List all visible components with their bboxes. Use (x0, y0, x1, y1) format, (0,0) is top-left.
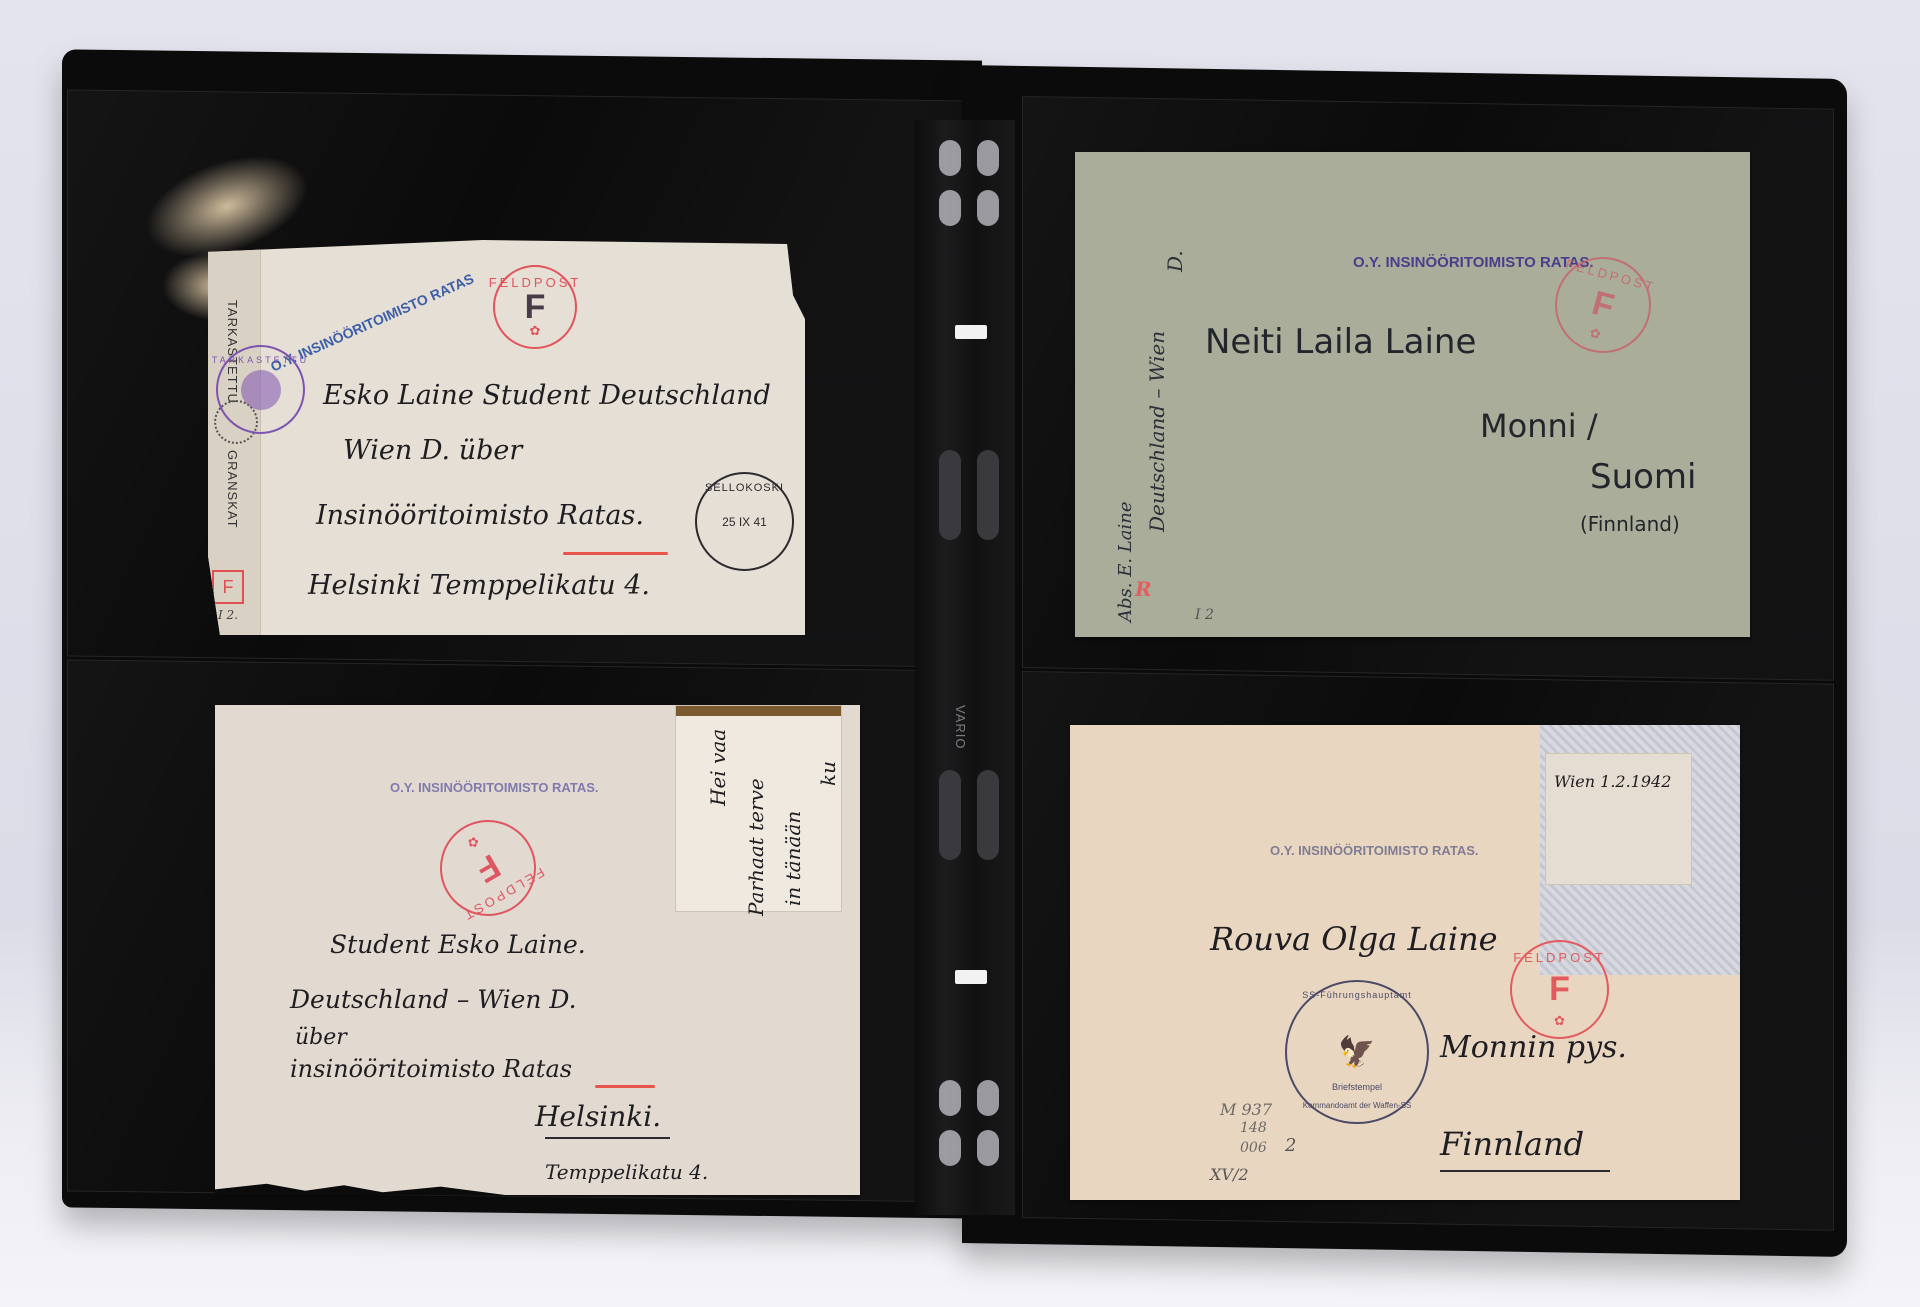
address-line: Monni / (1480, 407, 1598, 445)
letter-insert: Wien 1.2.1942 (1545, 753, 1692, 885)
pencil-note: XV/2 (1210, 1165, 1249, 1184)
return-address: Abs. E. Laine (1115, 502, 1136, 622)
binder-ring-hole-icon (977, 140, 999, 176)
binder-brand-label: VARIO (953, 705, 968, 750)
address-line: Deutschland – Wien D. (290, 985, 577, 1014)
letter-insert: Hei vaa Parhaat terve in tänään ku (675, 705, 842, 912)
address-line: Student Esko Laine. (330, 930, 586, 959)
eagle-seal: SS-Führungshauptamt 🦅 Briefstempel Komma… (1285, 980, 1429, 1124)
address-line: Finnland (1440, 1125, 1584, 1163)
postmark-sellokoski: SELLOKOSKI 25 IX 41 (695, 472, 794, 571)
address-line: Temppelikatu 4. (545, 1160, 708, 1184)
address-line: Wien D. über (343, 435, 522, 466)
address-line: Insinööritoimisto Ratas. (316, 500, 644, 531)
sender-stamp: O.Y. INSINÖÖRITOIMISTO RATAS. (1270, 843, 1479, 858)
pencil-note: I 2 (1195, 607, 1214, 623)
binder-ring-hole-icon (977, 1080, 999, 1116)
binder-ring-hole-icon (977, 190, 999, 226)
address-line: Rouva Olga Laine (1210, 920, 1498, 958)
binder-ring-hole-icon (977, 1130, 999, 1166)
return-address: D. (1163, 250, 1187, 272)
address-line: Helsinki. (535, 1100, 661, 1133)
envelope-bottom-left: Hei vaa Parhaat terve in tänään ku O.Y. … (215, 705, 860, 1195)
white-clip-icon (955, 325, 987, 339)
red-underline (595, 1085, 655, 1088)
envelope-top-right: Abs. E. Laine Deutschland – Wien D. O.Y.… (1075, 152, 1750, 637)
ink-underline (545, 1137, 670, 1139)
binder-slot-icon (939, 450, 961, 540)
address-line: Neiti Laila Laine (1205, 322, 1476, 362)
pencil-note: 006 (1240, 1140, 1267, 1156)
return-address: Deutschland – Wien (1145, 331, 1169, 532)
sender-stamp: O.Y. INSINÖÖRITOIMISTO RATAS. (1353, 254, 1594, 271)
binder-slot-icon (977, 450, 999, 540)
binder-ring-hole-icon (939, 140, 961, 176)
pencil-note: 2 (1285, 1135, 1296, 1156)
binder-spine (915, 120, 1015, 1215)
red-r-mark: R (1135, 577, 1152, 601)
feldpost-stamp: FELDPOST F ✿ (1510, 940, 1609, 1039)
binder-ring-hole-icon (939, 190, 961, 226)
torn-edge (215, 1181, 860, 1195)
address-line: insinööritoimisto Ratas (290, 1055, 572, 1083)
pencil-note: I 2. (218, 608, 238, 622)
pencil-note: M 937 (1220, 1100, 1272, 1119)
address-line: Monnin pys. (1440, 1030, 1627, 1065)
pencil-note: 148 (1240, 1120, 1267, 1136)
censor-seal: TARKASTETTU (216, 345, 305, 434)
address-line: Helsinki Temppelikatu 4. (308, 570, 650, 601)
binder-ring-hole-icon (939, 1080, 961, 1116)
address-line: Suomi (1590, 457, 1697, 497)
ink-underline (1440, 1170, 1610, 1172)
envelope-bottom-right: Wien 1.2.1942 O.Y. INSINÖÖRITOIMISTO RAT… (1070, 725, 1740, 1200)
address-line: (Finnland) (1580, 512, 1680, 536)
censor-label-bottom: GRANSKAT (225, 450, 240, 529)
white-clip-icon (955, 970, 987, 984)
address-line: über (295, 1025, 347, 1050)
red-underline (563, 552, 668, 555)
binder-slot-icon (977, 770, 999, 860)
binder-slot-icon (939, 770, 961, 860)
sender-stamp: O.Y. INSINÖÖRITOIMISTO RATAS. (390, 780, 599, 795)
feldpost-stamp: FELDPOST F ✿ (422, 802, 553, 933)
feldpost-stamp: FELDPOST F ✿ (493, 265, 577, 349)
binder-ring-hole-icon (939, 1130, 961, 1166)
envelope-top-left: TARKASTETTU GRANSKAT O.Y. INSINÖÖRITOIMI… (208, 240, 805, 635)
eagle-icon: 🦅 (1338, 1035, 1375, 1070)
address-line: Esko Laine Student Deutschland (323, 380, 771, 411)
censor-box-stamp: F (212, 570, 244, 604)
